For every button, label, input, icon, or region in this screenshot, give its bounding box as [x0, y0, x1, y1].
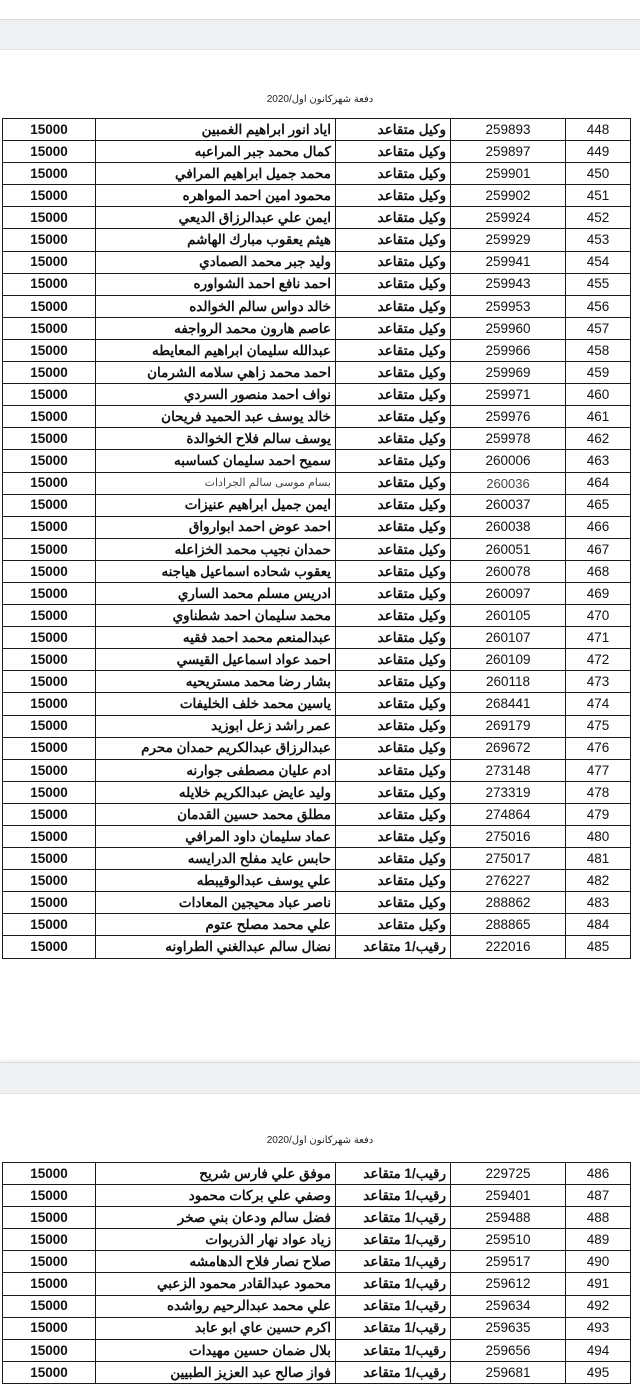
amount-cell: 15000 [3, 163, 96, 185]
table-row: 15000موفق علي فارس شريحرقيب/1 متقاعد2297… [3, 1163, 631, 1185]
id-cell: 259978 [451, 428, 566, 450]
sequence-cell: 471 [566, 627, 631, 649]
name-cell: عماد سليمان داود المرافي [96, 826, 336, 848]
sequence-cell: 495 [566, 1361, 631, 1383]
id-cell: 259929 [451, 229, 566, 251]
id-cell: 259634 [451, 1295, 566, 1317]
rank-cell: وكيل متقاعد [336, 163, 451, 185]
name-cell: هيثم يعقوب مبارك الهاشم [96, 229, 336, 251]
amount-cell: 15000 [3, 1339, 96, 1361]
rank-cell: وكيل متقاعد [336, 251, 451, 273]
amount-cell: 15000 [3, 1317, 96, 1339]
sequence-cell: 464 [566, 472, 631, 494]
id-cell: 259969 [451, 362, 566, 384]
name-cell: احمد عواد اسماعيل القيسي [96, 649, 336, 671]
name-cell: علي محمد عبدالرحيم رواشده [96, 1295, 336, 1317]
amount-cell: 15000 [3, 472, 96, 494]
table-row: 15000بلال ضمان حسين مهيداترقيب/1 متقاعد2… [3, 1339, 631, 1361]
id-cell: 260105 [451, 605, 566, 627]
page-separator-band [0, 19, 640, 50]
rank-cell: وكيل متقاعد [336, 428, 451, 450]
rank-cell: وكيل متقاعد [336, 715, 451, 737]
table-row: 15000عبدالله سليمان ابراهيم المعايطهوكيل… [3, 339, 631, 361]
amount-cell: 15000 [3, 119, 96, 141]
table-row: 15000بسام موسى سالم الجراداتوكيل متقاعد2… [3, 472, 631, 494]
id-cell: 222016 [451, 936, 566, 958]
amount-cell: 15000 [3, 1229, 96, 1251]
rank-cell: وكيل متقاعد [336, 693, 451, 715]
table-row: 15000وليد عايض عبدالكريم خلايلهوكيل متقا… [3, 781, 631, 803]
name-cell: سميح احمد سليمان كساسبه [96, 450, 336, 472]
table-row: 15000ناصر عباد محيجين المعاداتوكيل متقاع… [3, 892, 631, 914]
name-cell: موفق علي فارس شريح [96, 1163, 336, 1185]
name-cell: ايمن علي عبدالرزاق الديعي [96, 207, 336, 229]
id-cell: 259401 [451, 1185, 566, 1207]
sequence-cell: 463 [566, 450, 631, 472]
sequence-cell: 490 [566, 1251, 631, 1273]
table-row: 15000يعقوب شحاده اسماعيل هياجنهوكيل متقا… [3, 560, 631, 582]
amount-cell: 15000 [3, 803, 96, 825]
sequence-cell: 465 [566, 494, 631, 516]
id-cell: 275017 [451, 848, 566, 870]
page-title: دفعة شهركانون اول/2020 [0, 94, 640, 105]
table-row: 15000عاصم هارون محمد الرواجفهوكيل متقاعد… [3, 317, 631, 339]
id-cell: 259612 [451, 1273, 566, 1295]
sequence-cell: 483 [566, 892, 631, 914]
rank-cell: وكيل متقاعد [336, 472, 451, 494]
sequence-cell: 492 [566, 1295, 631, 1317]
id-cell: 259966 [451, 339, 566, 361]
sequence-cell: 454 [566, 251, 631, 273]
name-cell: محمود عبدالقادر محمود الزعبي [96, 1273, 336, 1295]
sequence-cell: 489 [566, 1229, 631, 1251]
amount-cell: 15000 [3, 450, 96, 472]
table-row: 15000احمد نافع احمد الشواورهوكيل متقاعد2… [3, 273, 631, 295]
id-cell: 273148 [451, 759, 566, 781]
id-cell: 269179 [451, 715, 566, 737]
amount-cell: 15000 [3, 295, 96, 317]
amount-cell: 15000 [3, 141, 96, 163]
amount-cell: 15000 [3, 605, 96, 627]
amount-cell: 15000 [3, 1163, 96, 1185]
table-row: 15000كمال محمد جبر المراعبهوكيل متقاعد25… [3, 141, 631, 163]
rank-cell: وكيل متقاعد [336, 892, 451, 914]
name-cell: عمر راشد زعل ابوزيد [96, 715, 336, 737]
rank-cell: رقيب/1 متقاعد [336, 1251, 451, 1273]
sequence-cell: 494 [566, 1339, 631, 1361]
name-cell: فضل سالم ودعان بني صخر [96, 1207, 336, 1229]
id-cell: 260038 [451, 516, 566, 538]
name-cell: ايمن جميل ابراهيم عنيزات [96, 494, 336, 516]
table-row: 15000عبدالرزاق عبدالكريم حمدان محرموكيل … [3, 737, 631, 759]
id-cell: 259517 [451, 1251, 566, 1273]
id-cell: 260109 [451, 649, 566, 671]
table-row: 15000اكرم حسين عاي ابو عابدرقيب/1 متقاعد… [3, 1317, 631, 1339]
sequence-cell: 482 [566, 870, 631, 892]
sequence-cell: 468 [566, 560, 631, 582]
name-cell: فواز صالح عبد العزيز الطبيين [96, 1361, 336, 1383]
rank-cell: رقيب/1 متقاعد [336, 1185, 451, 1207]
amount-cell: 15000 [3, 1361, 96, 1383]
id-cell: 259635 [451, 1317, 566, 1339]
sequence-cell: 493 [566, 1317, 631, 1339]
amount-cell: 15000 [3, 781, 96, 803]
name-cell: حمدان نجيب محمد الخزاعله [96, 538, 336, 560]
name-cell: وليد جبر محمد الصمادي [96, 251, 336, 273]
payment-table-body: 15000موفق علي فارس شريحرقيب/1 متقاعد2297… [3, 1163, 631, 1384]
name-cell: احمد عوض احمد ابوارواق [96, 516, 336, 538]
name-cell: خالد دواس سالم الخوالده [96, 295, 336, 317]
id-cell: 268441 [451, 693, 566, 715]
name-cell: اكرم حسين عاي ابو عابد [96, 1317, 336, 1339]
name-cell: محمد جميل ابراهيم المرافي [96, 163, 336, 185]
table-row: 15000هيثم يعقوب مبارك الهاشموكيل متقاعد2… [3, 229, 631, 251]
table-row: 15000بشار رضا محمد مستريحيهوكيل متقاعد26… [3, 671, 631, 693]
name-cell: بشار رضا محمد مستريحيه [96, 671, 336, 693]
id-cell: 274864 [451, 803, 566, 825]
sequence-cell: 461 [566, 406, 631, 428]
table-row: 15000وليد جبر محمد الصماديوكيل متقاعد259… [3, 251, 631, 273]
id-cell: 259656 [451, 1339, 566, 1361]
amount-cell: 15000 [3, 1295, 96, 1317]
table-row: 15000سميح احمد سليمان كساسبهوكيل متقاعد2… [3, 450, 631, 472]
table-row: 15000احمد عوض احمد ابوارواقوكيل متقاعد26… [3, 516, 631, 538]
amount-cell: 15000 [3, 516, 96, 538]
name-cell: احمد محمد زاهي سلامه الشرمان [96, 362, 336, 384]
sequence-cell: 488 [566, 1207, 631, 1229]
payment-table: 15000موفق علي فارس شريحرقيب/1 متقاعد2297… [2, 1162, 631, 1384]
sequence-cell: 472 [566, 649, 631, 671]
table-row: 15000مطلق محمد حسين القدمانوكيل متقاعد27… [3, 803, 631, 825]
amount-cell: 15000 [3, 826, 96, 848]
rank-cell: وكيل متقاعد [336, 229, 451, 251]
id-cell: 260036 [451, 472, 566, 494]
amount-cell: 15000 [3, 1185, 96, 1207]
name-cell: محمود امين احمد المواهره [96, 185, 336, 207]
sequence-cell: 491 [566, 1273, 631, 1295]
name-cell: نضال سالم عبدالغني الطراونه [96, 936, 336, 958]
table-row: 15000يوسف سالم فلاح الخوالدةوكيل متقاعد2… [3, 428, 631, 450]
sequence-cell: 466 [566, 516, 631, 538]
rank-cell: وكيل متقاعد [336, 582, 451, 604]
amount-cell: 15000 [3, 1273, 96, 1295]
table-row: 15000احمد عواد اسماعيل القيسيوكيل متقاعد… [3, 649, 631, 671]
table-row: 15000ايمن جميل ابراهيم عنيزاتوكيل متقاعد… [3, 494, 631, 516]
table-row: 15000صلاح نصار فلاح الدهامشهرقيب/1 متقاع… [3, 1251, 631, 1273]
rank-cell: رقيب/1 متقاعد [336, 1163, 451, 1185]
id-cell: 259953 [451, 295, 566, 317]
sequence-cell: 469 [566, 582, 631, 604]
sequence-cell: 449 [566, 141, 631, 163]
table-row: 15000علي محمد مصلح عتوموكيل متقاعد288865… [3, 914, 631, 936]
rank-cell: وكيل متقاعد [336, 914, 451, 936]
sequence-cell: 460 [566, 384, 631, 406]
table-row: 15000ادريس مسلم محمد الساريوكيل متقاعد26… [3, 582, 631, 604]
table-row: 15000حمدان نجيب محمد الخزاعلهوكيل متقاعد… [3, 538, 631, 560]
table-row: 15000نضال سالم عبدالغني الطراونهرقيب/1 م… [3, 936, 631, 958]
sequence-cell: 458 [566, 339, 631, 361]
name-cell: حابس عايد مفلح الدرايسه [96, 848, 336, 870]
name-cell: محمد سليمان احمد شطناوي [96, 605, 336, 627]
rank-cell: وكيل متقاعد [336, 538, 451, 560]
sequence-cell: 459 [566, 362, 631, 384]
table-row: 15000وصفي علي بركات محمودرقيب/1 متقاعد25… [3, 1185, 631, 1207]
name-cell: ياسين محمد خلف الخليفات [96, 693, 336, 715]
rank-cell: وكيل متقاعد [336, 494, 451, 516]
name-cell: وصفي علي بركات محمود [96, 1185, 336, 1207]
id-cell: 260037 [451, 494, 566, 516]
rank-cell: وكيل متقاعد [336, 781, 451, 803]
sequence-cell: 481 [566, 848, 631, 870]
rank-cell: وكيل متقاعد [336, 560, 451, 582]
sequence-cell: 448 [566, 119, 631, 141]
id-cell: 259971 [451, 384, 566, 406]
sequence-cell: 486 [566, 1163, 631, 1185]
rank-cell: وكيل متقاعد [336, 848, 451, 870]
id-cell: 259976 [451, 406, 566, 428]
amount-cell: 15000 [3, 627, 96, 649]
rank-cell: رقيب/1 متقاعد [336, 1229, 451, 1251]
sequence-cell: 450 [566, 163, 631, 185]
amount-cell: 15000 [3, 649, 96, 671]
id-cell: 259488 [451, 1207, 566, 1229]
rank-cell: وكيل متقاعد [336, 803, 451, 825]
amount-cell: 15000 [3, 229, 96, 251]
sequence-cell: 452 [566, 207, 631, 229]
amount-cell: 15000 [3, 428, 96, 450]
name-cell: ادم عليان مصطفى جوارنه [96, 759, 336, 781]
rank-cell: وكيل متقاعد [336, 627, 451, 649]
sequence-cell: 473 [566, 671, 631, 693]
table-row: 15000حابس عايد مفلح الدرايسهوكيل متقاعد2… [3, 848, 631, 870]
id-cell: 260118 [451, 671, 566, 693]
amount-cell: 15000 [3, 207, 96, 229]
id-cell: 229725 [451, 1163, 566, 1185]
table-row: 15000محمود عبدالقادر محمود الزعبيرقيب/1 … [3, 1273, 631, 1295]
name-cell: عبدالمنعم محمد احمد فقيه [96, 627, 336, 649]
id-cell: 288865 [451, 914, 566, 936]
name-cell: علي محمد مصلح عتوم [96, 914, 336, 936]
id-cell: 259943 [451, 273, 566, 295]
sequence-cell: 478 [566, 781, 631, 803]
name-cell: عبدالله سليمان ابراهيم المعايطه [96, 339, 336, 361]
sequence-cell: 475 [566, 715, 631, 737]
name-cell: صلاح نصار فلاح الدهامشه [96, 1251, 336, 1273]
amount-cell: 15000 [3, 936, 96, 958]
sequence-cell: 470 [566, 605, 631, 627]
table-row: 15000علي يوسف عبدالوقيبطهوكيل متقاعد2762… [3, 870, 631, 892]
amount-cell: 15000 [3, 759, 96, 781]
name-cell: وليد عايض عبدالكريم خلايله [96, 781, 336, 803]
rank-cell: وكيل متقاعد [336, 273, 451, 295]
amount-cell: 15000 [3, 560, 96, 582]
id-cell: 259924 [451, 207, 566, 229]
payment-table-body: 15000اياد انور ابراهيم الغمبينوكيل متقاع… [3, 119, 631, 959]
table-row: 15000محمود امين احمد المواهرهوكيل متقاعد… [3, 185, 631, 207]
amount-cell: 15000 [3, 251, 96, 273]
table-row: 15000فواز صالح عبد العزيز الطبيينرقيب/1 … [3, 1361, 631, 1383]
id-cell: 288862 [451, 892, 566, 914]
rank-cell: وكيل متقاعد [336, 141, 451, 163]
amount-cell: 15000 [3, 384, 96, 406]
table-row: 15000خالد يوسف عبد الحميد فريحانوكيل متق… [3, 406, 631, 428]
sequence-cell: 455 [566, 273, 631, 295]
id-cell: 275016 [451, 826, 566, 848]
sequence-cell: 467 [566, 538, 631, 560]
sequence-cell: 451 [566, 185, 631, 207]
table-row: 15000اياد انور ابراهيم الغمبينوكيل متقاع… [3, 119, 631, 141]
rank-cell: رقيب/1 متقاعد [336, 936, 451, 958]
name-cell: ادريس مسلم محمد الساري [96, 582, 336, 604]
payment-table: 15000اياد انور ابراهيم الغمبينوكيل متقاع… [2, 118, 631, 959]
name-cell: يعقوب شحاده اسماعيل هياجنه [96, 560, 336, 582]
rank-cell: وكيل متقاعد [336, 295, 451, 317]
name-cell: عبدالرزاق عبدالكريم حمدان محرم [96, 737, 336, 759]
id-cell: 259901 [451, 163, 566, 185]
table-row: 15000علي محمد عبدالرحيم رواشدهرقيب/1 متق… [3, 1295, 631, 1317]
amount-cell: 15000 [3, 892, 96, 914]
amount-cell: 15000 [3, 317, 96, 339]
rank-cell: وكيل متقاعد [336, 185, 451, 207]
name-cell: اياد انور ابراهيم الغمبين [96, 119, 336, 141]
sequence-cell: 462 [566, 428, 631, 450]
rank-cell: رقيب/1 متقاعد [336, 1361, 451, 1383]
amount-cell: 15000 [3, 582, 96, 604]
amount-cell: 15000 [3, 848, 96, 870]
table-row: 15000محمد جميل ابراهيم المرافيوكيل متقاع… [3, 163, 631, 185]
name-cell: مطلق محمد حسين القدمان [96, 803, 336, 825]
id-cell: 259941 [451, 251, 566, 273]
sequence-cell: 456 [566, 295, 631, 317]
amount-cell: 15000 [3, 185, 96, 207]
rank-cell: وكيل متقاعد [336, 605, 451, 627]
amount-cell: 15000 [3, 494, 96, 516]
table-row: 15000ايمن علي عبدالرزاق الديعيوكيل متقاع… [3, 207, 631, 229]
name-cell: احمد نافع احمد الشواوره [96, 273, 336, 295]
name-cell: نواف احمد منصور السردي [96, 384, 336, 406]
rank-cell: وكيل متقاعد [336, 384, 451, 406]
amount-cell: 15000 [3, 1251, 96, 1273]
id-cell: 260107 [451, 627, 566, 649]
sequence-cell: 474 [566, 693, 631, 715]
name-cell: يوسف سالم فلاح الخوالدة [96, 428, 336, 450]
rank-cell: وكيل متقاعد [336, 119, 451, 141]
rank-cell: رقيب/1 متقاعد [336, 1295, 451, 1317]
table-row: 15000احمد محمد زاهي سلامه الشرمانوكيل مت… [3, 362, 631, 384]
rank-cell: وكيل متقاعد [336, 362, 451, 384]
id-cell: 273319 [451, 781, 566, 803]
rank-cell: وكيل متقاعد [336, 406, 451, 428]
table-row: 15000نواف احمد منصور السرديوكيل متقاعد25… [3, 384, 631, 406]
id-cell: 259510 [451, 1229, 566, 1251]
sequence-cell: 477 [566, 759, 631, 781]
table-row: 15000عبدالمنعم محمد احمد فقيهوكيل متقاعد… [3, 627, 631, 649]
sequence-cell: 453 [566, 229, 631, 251]
amount-cell: 15000 [3, 914, 96, 936]
rank-cell: وكيل متقاعد [336, 516, 451, 538]
name-cell: زياد عواد نهار الذربوات [96, 1229, 336, 1251]
rank-cell: وكيل متقاعد [336, 759, 451, 781]
name-cell: بسام موسى سالم الجرادات [96, 472, 336, 494]
table-row: 15000محمد سليمان احمد شطناويوكيل متقاعد2… [3, 605, 631, 627]
amount-cell: 15000 [3, 693, 96, 715]
table-row: 15000خالد دواس سالم الخوالدهوكيل متقاعد2… [3, 295, 631, 317]
rank-cell: وكيل متقاعد [336, 450, 451, 472]
id-cell: 259893 [451, 119, 566, 141]
page-separator-band [0, 1062, 640, 1094]
rank-cell: رقيب/1 متقاعد [336, 1339, 451, 1361]
id-cell: 259681 [451, 1361, 566, 1383]
rank-cell: وكيل متقاعد [336, 649, 451, 671]
table-row: 15000ياسين محمد خلف الخليفاتوكيل متقاعد2… [3, 693, 631, 715]
sequence-cell: 480 [566, 826, 631, 848]
amount-cell: 15000 [3, 538, 96, 560]
name-cell: علي يوسف عبدالوقيبطه [96, 870, 336, 892]
id-cell: 269672 [451, 737, 566, 759]
page-title: دفعة شهركانون اول/2020 [0, 1135, 640, 1146]
table-row: 15000زياد عواد نهار الذربواترقيب/1 متقاع… [3, 1229, 631, 1251]
rank-cell: وكيل متقاعد [336, 737, 451, 759]
rank-cell: وكيل متقاعد [336, 339, 451, 361]
rank-cell: وكيل متقاعد [336, 207, 451, 229]
table-row: 15000ادم عليان مصطفى جوارنهوكيل متقاعد27… [3, 759, 631, 781]
id-cell: 260051 [451, 538, 566, 560]
id-cell: 276227 [451, 870, 566, 892]
table-row: 15000عماد سليمان داود المرافيوكيل متقاعد… [3, 826, 631, 848]
rank-cell: وكيل متقاعد [336, 317, 451, 339]
rank-cell: رقيب/1 متقاعد [336, 1207, 451, 1229]
id-cell: 260078 [451, 560, 566, 582]
rank-cell: وكيل متقاعد [336, 826, 451, 848]
sequence-cell: 476 [566, 737, 631, 759]
rank-cell: رقيب/1 متقاعد [336, 1273, 451, 1295]
name-cell: بلال ضمان حسين مهيدات [96, 1339, 336, 1361]
amount-cell: 15000 [3, 737, 96, 759]
table-row: 15000فضل سالم ودعان بني صخررقيب/1 متقاعد… [3, 1207, 631, 1229]
amount-cell: 15000 [3, 870, 96, 892]
name-cell: خالد يوسف عبد الحميد فريحان [96, 406, 336, 428]
amount-cell: 15000 [3, 273, 96, 295]
sequence-cell: 479 [566, 803, 631, 825]
id-cell: 260097 [451, 582, 566, 604]
amount-cell: 15000 [3, 1207, 96, 1229]
name-cell: ناصر عباد محيجين المعادات [96, 892, 336, 914]
rank-cell: رقيب/1 متقاعد [336, 1317, 451, 1339]
id-cell: 259897 [451, 141, 566, 163]
amount-cell: 15000 [3, 406, 96, 428]
id-cell: 259960 [451, 317, 566, 339]
id-cell: 259902 [451, 185, 566, 207]
sequence-cell: 487 [566, 1185, 631, 1207]
rank-cell: وكيل متقاعد [336, 870, 451, 892]
table-row: 15000عمر راشد زعل ابوزيدوكيل متقاعد26917… [3, 715, 631, 737]
amount-cell: 15000 [3, 362, 96, 384]
amount-cell: 15000 [3, 671, 96, 693]
sequence-cell: 485 [566, 936, 631, 958]
id-cell: 260006 [451, 450, 566, 472]
name-cell: عاصم هارون محمد الرواجفه [96, 317, 336, 339]
name-cell: كمال محمد جبر المراعبه [96, 141, 336, 163]
sequence-cell: 484 [566, 914, 631, 936]
amount-cell: 15000 [3, 339, 96, 361]
rank-cell: وكيل متقاعد [336, 671, 451, 693]
sequence-cell: 457 [566, 317, 631, 339]
amount-cell: 15000 [3, 715, 96, 737]
